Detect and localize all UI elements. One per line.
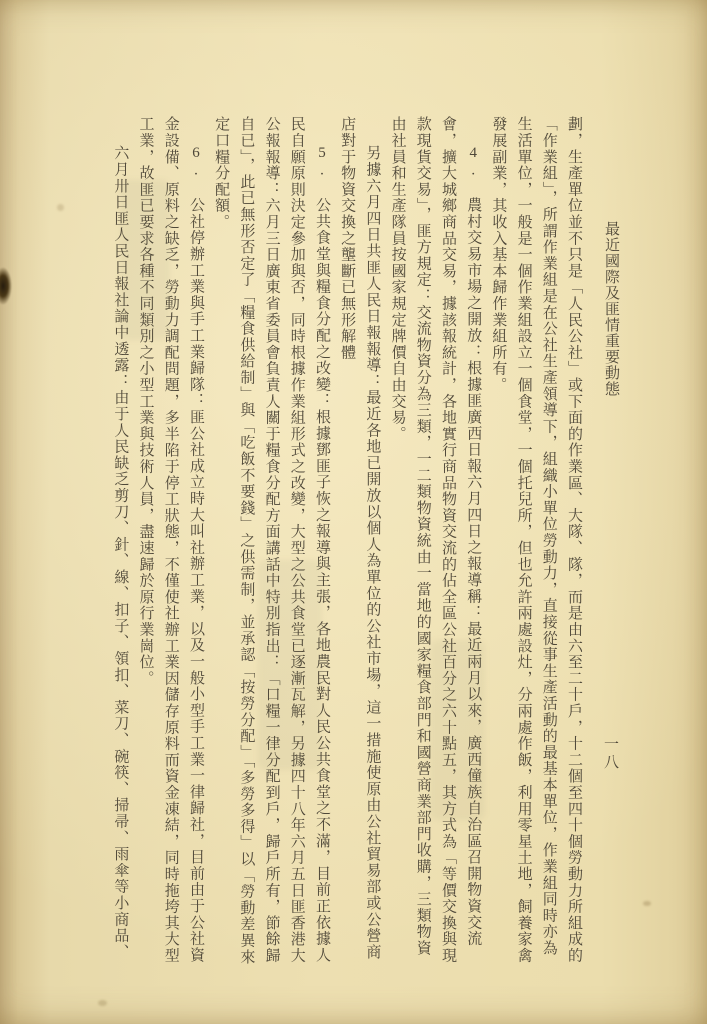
paper-speck	[643, 901, 651, 906]
paragraph: 6. 公社停辦工業與手工業歸隊：匪公社成立時大叫社辦工業，以及一般小型手工業一律…	[132, 116, 208, 966]
body-text: 劃，生產單位並不只是「人民公社」或下面的作業區、大隊、隊，而是由六至二十戶，十二…	[107, 116, 586, 966]
paragraph: 5. 公共食堂與糧食分配之改變：根據鄧匪子恢之報導與主張，各地農民對人民公共食堂…	[208, 116, 334, 966]
paragraph: 六月卅日匪人民日報社論中透露：由于人民缺乏剪刀、針、線、扣子、領扣、菜刀、碗筷、…	[107, 116, 132, 966]
ink-stain	[0, 267, 12, 305]
page-number: 一八	[600, 736, 621, 772]
paper-speck	[98, 1000, 107, 1006]
paragraph: 另據六月四日共匪人民日報報導：最近各地已開放以個人為單位的公社市場，這一措施使原…	[334, 116, 384, 966]
paper-speck	[57, 204, 64, 211]
running-title: 最近國際及匪情重要動態	[601, 221, 622, 397]
scanned-document-page: 最近國際及匪情重要動態 劃，生產單位並不只是「人民公社」或下面的作業區、大隊、隊…	[0, 0, 707, 1024]
paragraph: 劃，生產單位並不只是「人民公社」或下面的作業區、大隊、隊，而是由六至二十戶，十二…	[485, 116, 586, 966]
paragraph: 4. 農村交易市場之開放：根據匪廣西日報六月四日之報導稱：最近兩月以來，廣西僮族…	[384, 116, 485, 966]
